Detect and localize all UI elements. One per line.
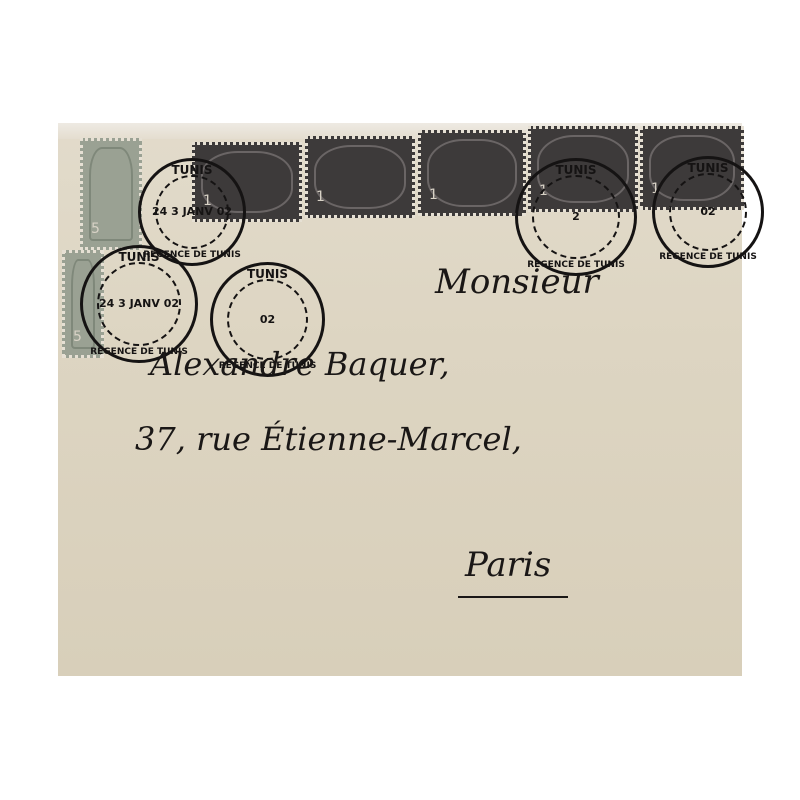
stamp-black-2: 1 — [305, 136, 415, 218]
stamp-black-3: 1 — [418, 130, 526, 216]
address-name: Alexandre Baquer, — [150, 345, 449, 383]
postmark-5: TUNIS 02 REGENCE DE TUNIS — [652, 156, 764, 268]
stamp-green-top: 5 — [80, 138, 142, 250]
address-city: Paris — [465, 545, 551, 585]
address-salutation: Monsieur — [435, 262, 599, 302]
postmark-4: TUNIS 2 REGENCE DE TUNIS — [515, 158, 637, 276]
address-street: 37, rue Étienne-Marcel, — [135, 420, 522, 458]
city-underline — [458, 596, 568, 598]
